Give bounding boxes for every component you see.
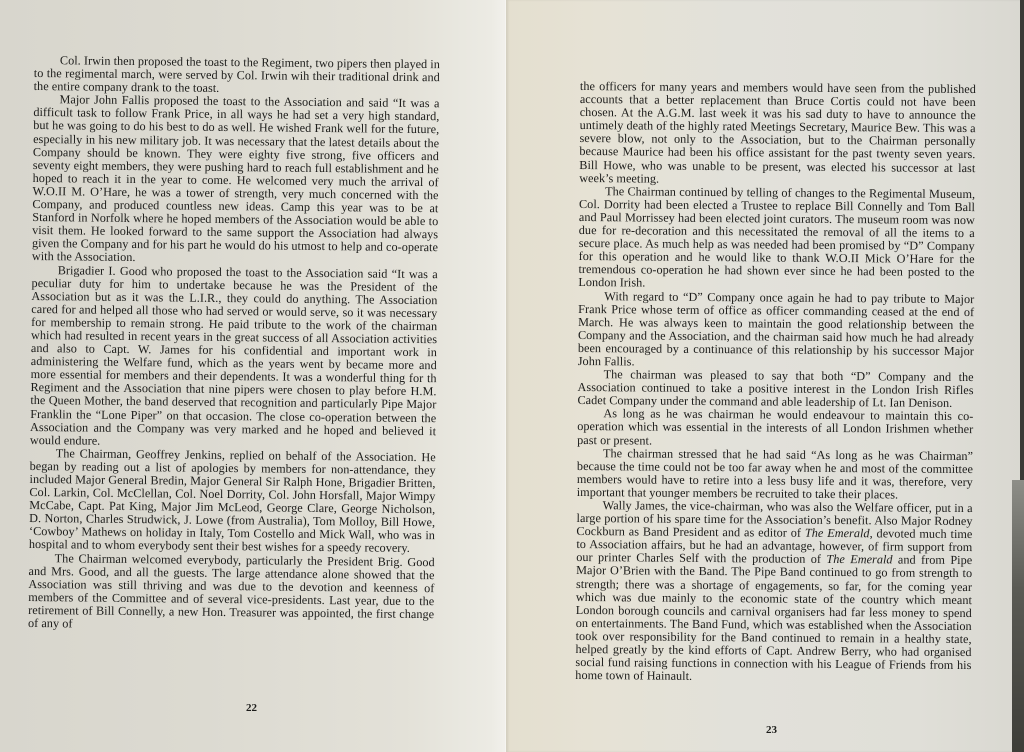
text-run: and from Pipe Major O’Brien with the Ban… <box>575 553 972 683</box>
paragraph: Major John Fallis proposed the toast to … <box>32 93 440 267</box>
page-number-right: 23 <box>766 724 777 736</box>
paragraph: the officers for many years and members … <box>579 80 976 188</box>
booklet-spread: Col. Irwin then proposed the toast to th… <box>0 0 1024 752</box>
paragraph: The Chairman continued by telling of cha… <box>578 185 975 293</box>
paragraph: The chairman was pleased to say that bot… <box>577 368 973 410</box>
paragraph: The Chairman, Geoffrey Jenkins, replied … <box>29 447 436 556</box>
paragraph: With regard to “D” Company once again he… <box>578 289 975 371</box>
table-backdrop <box>1012 480 1024 752</box>
paragraph: As long as he was chairman he would ende… <box>577 407 973 449</box>
paragraph: Brigadier I. Good who proposed the toast… <box>30 263 438 451</box>
left-page-body: Col. Irwin then proposed the toast to th… <box>28 54 440 634</box>
paragraph: The Chairman welcomed everybody, particu… <box>28 552 435 635</box>
paragraph: The chairman stressed that he had said “… <box>577 447 973 502</box>
left-page: Col. Irwin then proposed the toast to th… <box>0 0 506 752</box>
right-page-body: the officers for many years and members … <box>575 80 976 685</box>
paragraph: Col. Irwin then proposed the toast to th… <box>34 54 440 98</box>
paragraph-with-italics: Wally James, the vice-chairman, who was … <box>575 499 972 685</box>
page-number-left: 22 <box>246 702 257 714</box>
